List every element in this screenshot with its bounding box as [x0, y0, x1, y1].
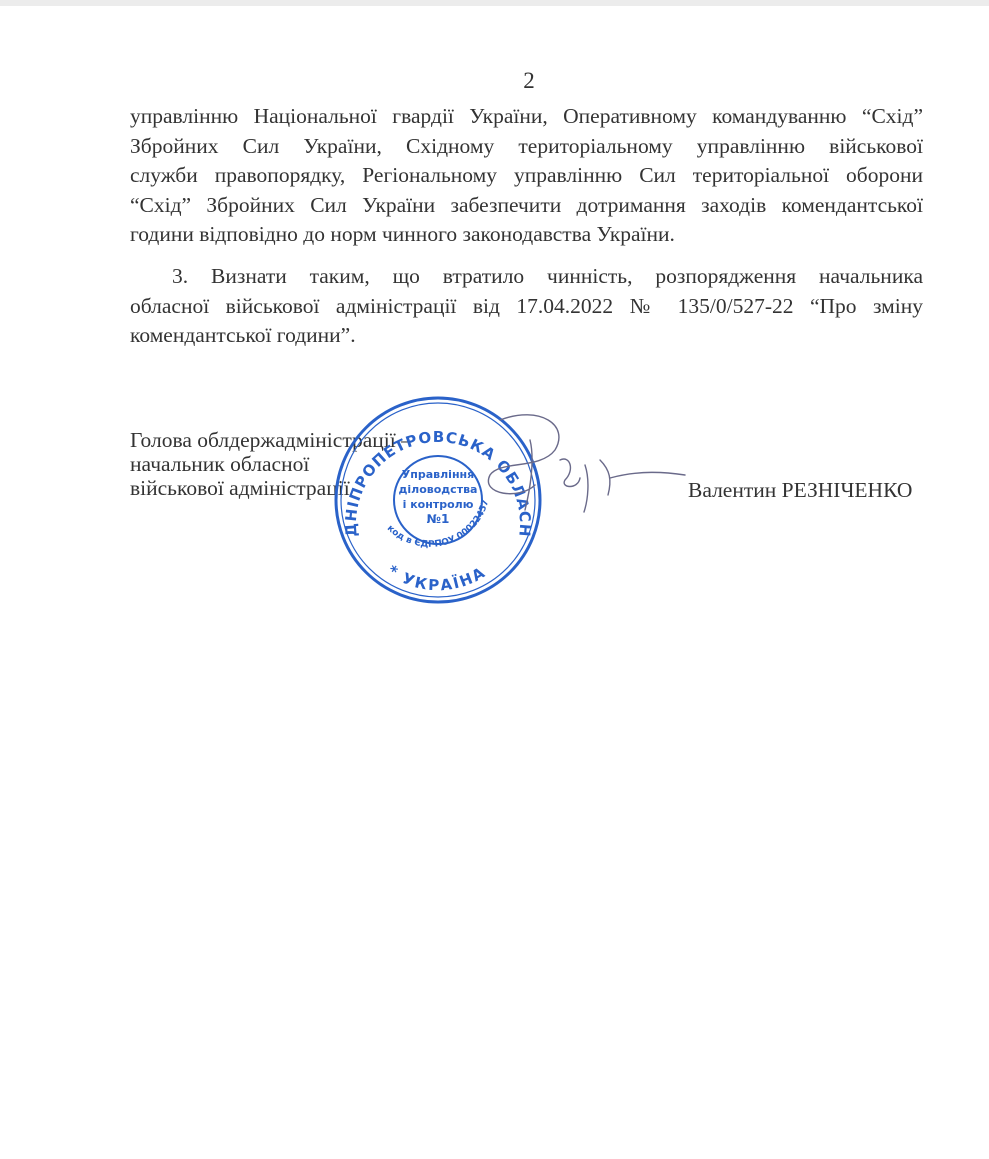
paragraph-continuation: управлінню Національної гвардії України,…: [130, 102, 923, 250]
text-line: Збройних Сил України, Східному територіа…: [130, 132, 923, 162]
text-line: обласної військової адміністрації від 17…: [130, 292, 923, 322]
text-line: години відповідно до норм чинного законо…: [130, 220, 923, 250]
viewer-top-edge: [0, 0, 989, 6]
page-number: 2: [0, 68, 989, 94]
text-line: комендантської години”.: [130, 321, 923, 351]
text-line: служби правопорядку, Регіональному управ…: [130, 161, 923, 191]
text-line: управлінню Національної гвардії України,…: [130, 102, 923, 132]
svg-text:№1: №1: [427, 512, 450, 526]
signatory-name: Валентин РЕЗНІЧЕНКО: [688, 478, 912, 503]
handwritten-signature-icon: [460, 400, 690, 540]
text-line: “Схід” Збройних Сил України забезпечити …: [130, 191, 923, 221]
text-line: 3. Визнати таким, що втратило чинність, …: [130, 262, 923, 292]
paragraph-3: 3. Визнати таким, що втратило чинність, …: [130, 262, 923, 351]
